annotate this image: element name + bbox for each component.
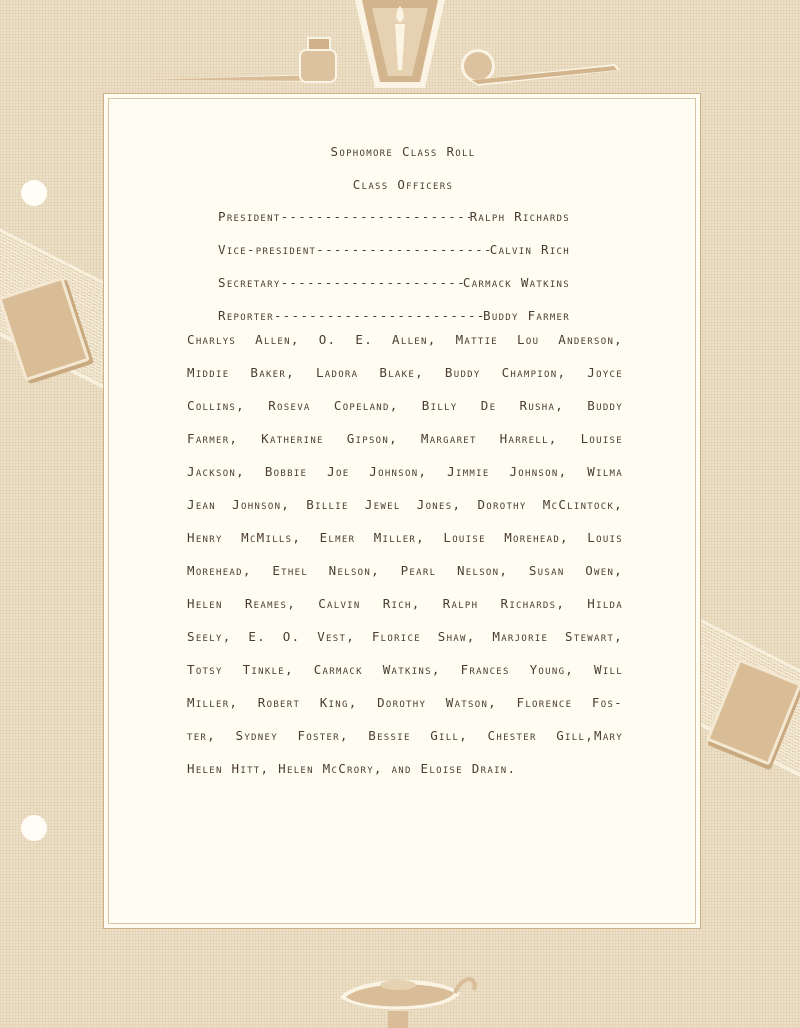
oil-lamp-icon xyxy=(340,979,475,1028)
pipe-icon xyxy=(461,49,620,86)
roll-line: Helen Hitt, Helen McCrory, and Eloise Dr… xyxy=(187,761,623,794)
roll-line: Morehead, Ethel Nelson, Pearl Nelson, Su… xyxy=(187,563,623,596)
roll-line: Henry McMills, Elmer Miller, Louise More… xyxy=(187,530,623,563)
officer-role: Secretary xyxy=(218,275,281,290)
binder-hole-top xyxy=(21,180,47,206)
roll-line: Miller, Robert King, Dorothy Watson, Flo… xyxy=(187,695,623,728)
leader-dashes: ----------------------------------------… xyxy=(316,242,489,257)
bottom-decoration xyxy=(0,935,800,1028)
officer-row-secretary: Secretary ------------------------------… xyxy=(218,275,570,290)
officer-name: Ralph Richards xyxy=(470,209,570,224)
leader-dashes: ----------------------------------------… xyxy=(281,275,463,290)
roll-line: Totsy Tinkle, Carmack Watkins, Frances Y… xyxy=(187,662,623,695)
leader-dashes: ----------------------------------------… xyxy=(274,308,483,323)
officer-row-vice-president: Vice-president -------------------------… xyxy=(218,242,570,257)
keystone-torch-icon xyxy=(355,0,445,88)
roll-line: Jackson, Bobbie Joe Johnson, Jimmie John… xyxy=(187,464,623,497)
roll-line: Seely, E. O. Vest, Florice Shaw, Marjori… xyxy=(187,629,623,662)
roll-line: Farmer, Katherine Gipson, Margaret Harre… xyxy=(187,431,623,464)
roll-line: Jean Johnson, Billie Jewel Jones, Doroth… xyxy=(187,497,623,530)
binder-hole-bottom xyxy=(21,815,47,841)
roll-line: Middie Baker, Ladora Blake, Buddy Champi… xyxy=(187,365,623,398)
roll-line: Helen Reames, Calvin Rich, Ralph Richard… xyxy=(187,596,623,629)
officer-name: Carmack Watkins xyxy=(463,275,570,290)
officer-name: Calvin Rich xyxy=(490,242,570,257)
leader-dashes: ----------------------------------------… xyxy=(281,209,470,224)
roll-line: Charlys Allen, O. E. Allen, Mattie Lou A… xyxy=(187,332,623,365)
officer-row-president: President ------------------------------… xyxy=(218,209,570,224)
officer-role: Vice-president xyxy=(218,242,316,257)
section-heading: Class Officers xyxy=(104,177,702,192)
officer-role: Reporter xyxy=(218,308,274,323)
top-decoration xyxy=(0,0,800,95)
page-title: Sophomore Class Roll xyxy=(104,144,702,159)
inkwell-icon xyxy=(300,38,336,82)
officer-role: President xyxy=(218,209,281,224)
roll-line: ter, Sydney Foster, Bessie Gill, Chester… xyxy=(187,728,623,761)
officer-row-reporter: Reporter -------------------------------… xyxy=(218,308,570,323)
class-roll-list: Charlys Allen, O. E. Allen, Mattie Lou A… xyxy=(187,332,623,794)
document-panel: Sophomore Class Roll Class Officers Pres… xyxy=(103,93,701,929)
roll-line: Collins, Roseva Copeland, Billy De Rusha… xyxy=(187,398,623,431)
officer-name: Buddy Farmer xyxy=(483,308,570,323)
